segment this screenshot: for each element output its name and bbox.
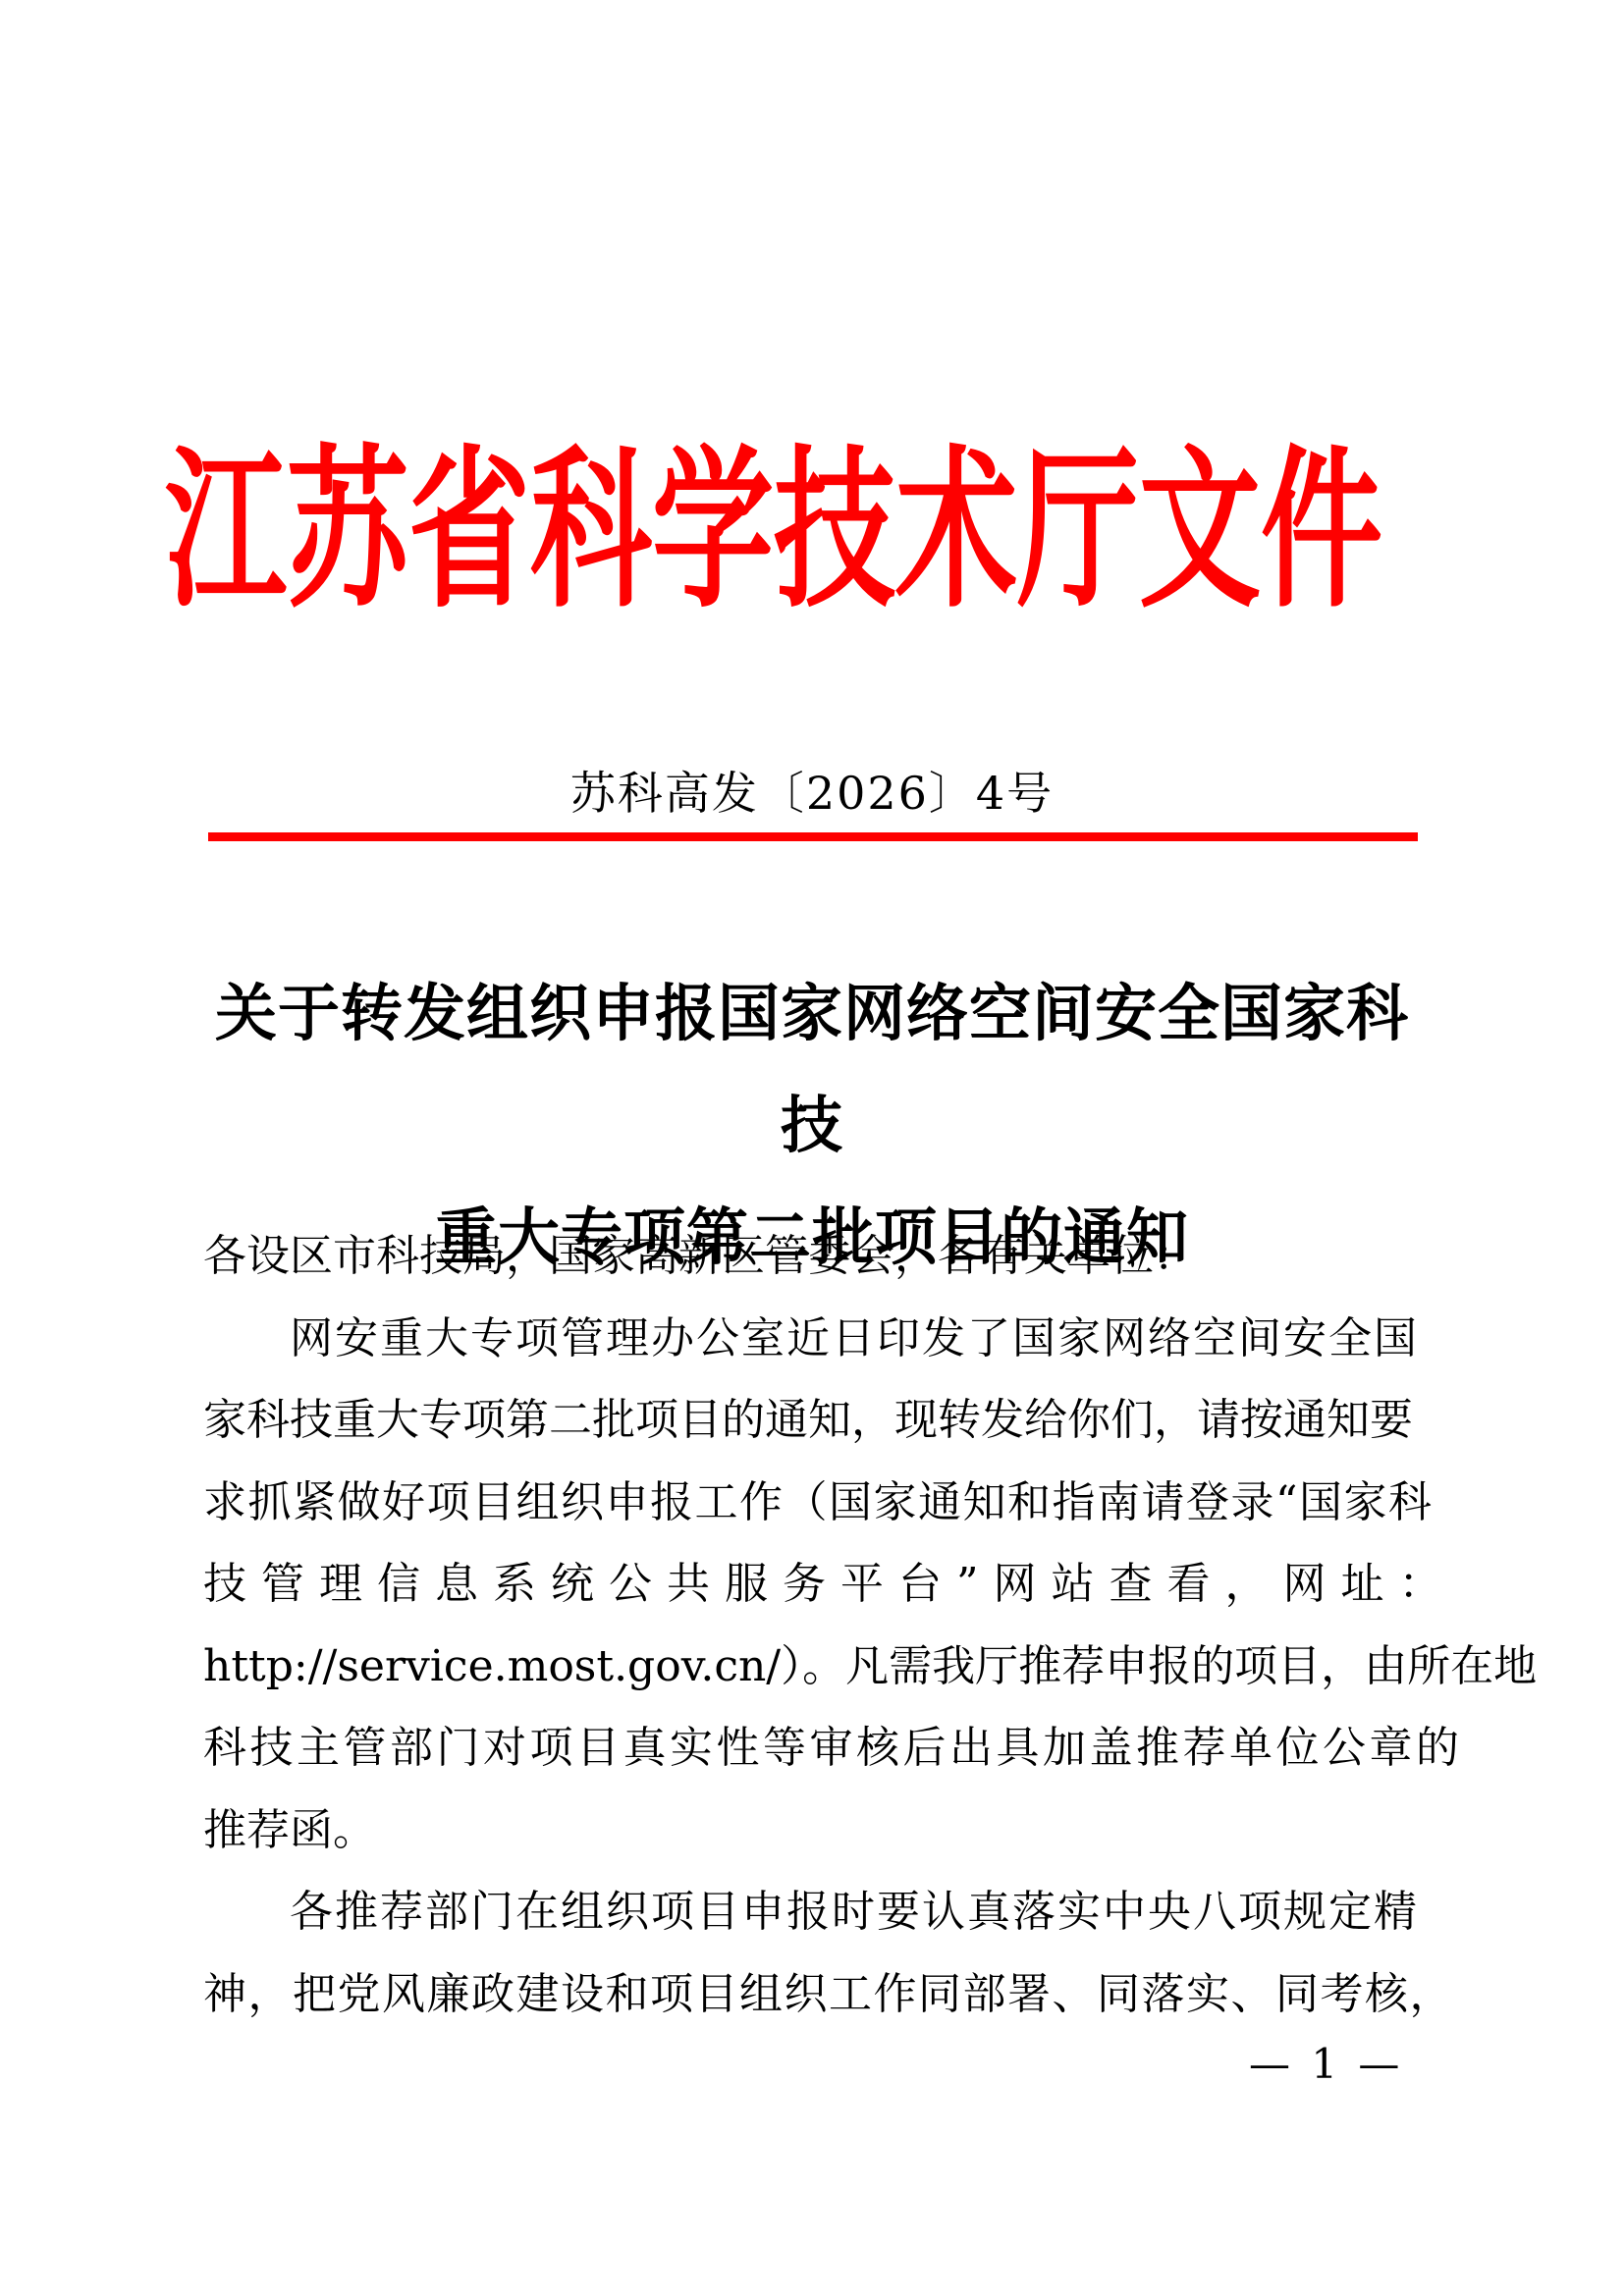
document-body: 各设区市科技局，国家高新区管委会，各有关单位： 网安重大专项管理办公室近日印发了… bbox=[203, 1215, 1427, 2035]
document-title-line1: 关于转发组织申报国家网络空间安全国家科技 bbox=[203, 957, 1421, 1181]
document-number: 苏科高发〔2026〕4号 bbox=[203, 758, 1421, 823]
body-line-paragraph3-start: 各推荐部门在组织项目申报时要认真落实中央八项规定精 bbox=[203, 1871, 1427, 1953]
body-line-paragraph2-end: 推荐函。 bbox=[203, 1789, 1427, 1872]
body-line: 求抓紧做好项目组织申报工作（国家通知和指南请登录“国家科 bbox=[203, 1462, 1427, 1544]
body-line-justified-wide: 技管理信息系统公共服务平台”网站查看，网址： bbox=[203, 1543, 1427, 1626]
page-number: — 1 — bbox=[1249, 2040, 1403, 2088]
body-line-with-url: http://service.most.gov.cn/）。凡需我厅推荐申报的项目… bbox=[203, 1626, 1427, 1708]
body-line: 家科技重大专项第二批项目的通知，现转发给你们，请按通知要 bbox=[203, 1379, 1427, 1462]
body-line: 科技主管部门对项目真实性等审核后出具加盖推荐单位公章的 bbox=[203, 1707, 1427, 1789]
body-line-paragraph1-start: 网安重大专项管理办公室近日印发了国家网络空间安全国 bbox=[203, 1298, 1427, 1380]
document-header-org-title: 江苏省科学技术厅文件 bbox=[165, 437, 1382, 627]
salutation-line: 各设区市科技局，国家高新区管委会，各有关单位： bbox=[203, 1215, 1427, 1298]
body-line: 神，把党风廉政建设和项目组织工作同部署、同落实、同考核， bbox=[203, 1953, 1427, 2036]
header-divider-rule bbox=[208, 832, 1418, 841]
document-page: 江苏省科学技术厅文件 苏科高发〔2026〕4号 关于转发组织申报国家网络空间安全… bbox=[0, 0, 1624, 2296]
